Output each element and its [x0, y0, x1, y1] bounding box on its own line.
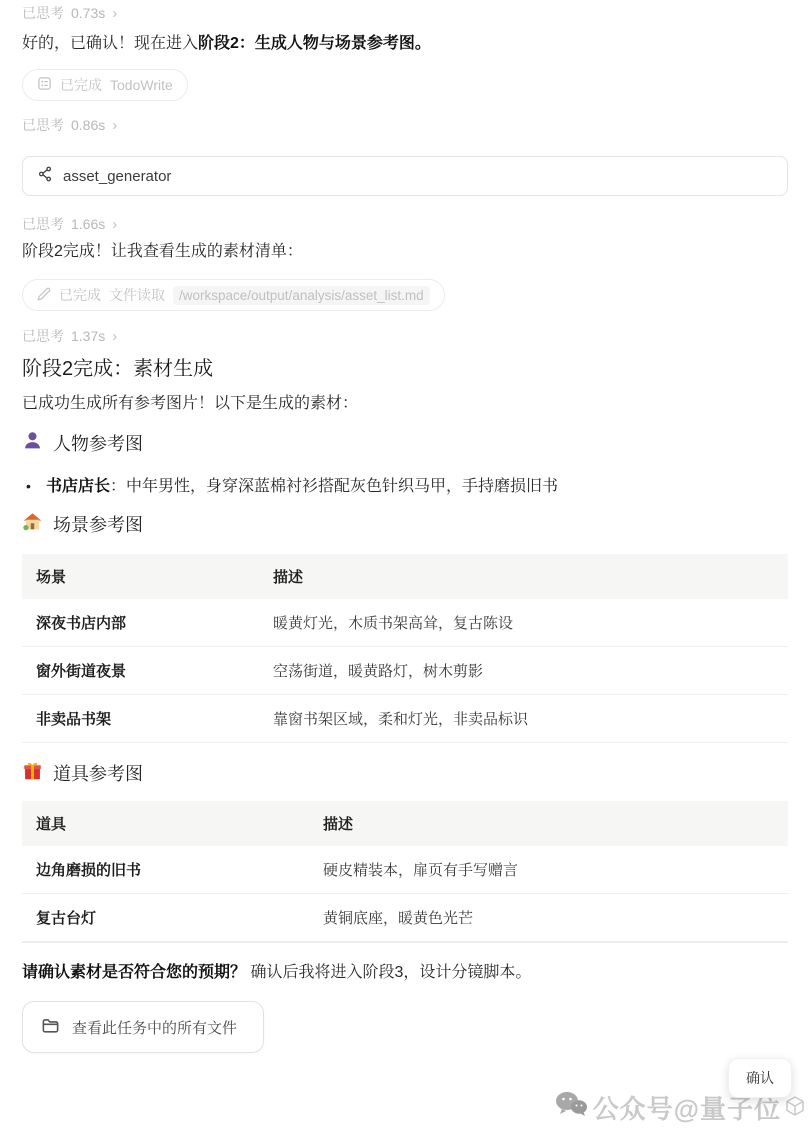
intro-regular-text: 好的，已确认！现在进入	[22, 35, 198, 52]
prop-description: 硬皮精装本，扉页有手写赠言	[309, 846, 788, 894]
intro-paragraph: 好的，已确认！现在进入阶段2：生成人物与场景参考图。	[22, 33, 788, 54]
section-divider	[22, 942, 788, 943]
character-description: ：中年男性，身穿深蓝棉衬衫搭配灰色针织马甲，手持磨损旧书	[110, 478, 558, 495]
character-name: 书店店长	[46, 478, 110, 495]
thought-duration: 1.37s	[71, 328, 105, 344]
table-row: 非卖品书架 靠窗书架区域，柔和灯光，非卖品标识	[22, 695, 788, 743]
confirm-button[interactable]: 确认	[728, 1058, 792, 1098]
table-row: 边角磨损的旧书 硬皮精装本，扉页有手写赠言	[22, 846, 788, 894]
chevron-right-icon[interactable]: ›	[112, 6, 117, 21]
section-heading-props: 道具参考图	[22, 760, 788, 786]
cube-icon	[786, 1092, 804, 1123]
section-title: 人物参考图	[53, 430, 143, 456]
phase2-heading: 阶段2完成：素材生成	[22, 352, 788, 381]
asset-generator-tool-card[interactable]: asset_generator	[22, 156, 788, 196]
column-header: 描述	[259, 554, 788, 599]
tool-status: 已完成	[59, 285, 101, 305]
view-all-files-button[interactable]: 查看此任务中的所有文件	[22, 1001, 264, 1053]
thought-duration: 0.73s	[71, 5, 105, 21]
table-header-row: 道具 描述	[22, 801, 788, 846]
chat-transcript: 已思考 0.73s › 好的，已确认！现在进入阶段2：生成人物与场景参考图。 已…	[0, 0, 810, 1128]
table-header-row: 场景 描述	[22, 554, 788, 599]
chevron-right-icon[interactable]: ›	[112, 329, 117, 344]
section-title: 场景参考图	[53, 511, 143, 537]
intro-bold-text: 阶段2：生成人物与场景参考图。	[198, 35, 431, 52]
confirm-followup: 确认后我将进入阶段3，设计分镜脚本。	[246, 964, 531, 981]
files-button-label: 查看此任务中的所有文件	[72, 1017, 237, 1038]
prop-name: 复古台灯	[22, 894, 309, 942]
confirm-question: 请确认素材是否符合您的预期？	[22, 964, 246, 981]
thought-row-4[interactable]: 已思考 1.37s ›	[22, 326, 788, 346]
scene-table: 场景 描述 深夜书店内部 暖黄灯光，木质书架高耸，复古陈设 窗外街道夜景 空荡街…	[22, 554, 788, 743]
todowrite-tool-pill[interactable]: 已完成 TodoWrite	[22, 69, 188, 101]
assets-intro-text: 已成功生成所有参考图片！以下是生成的素材：	[22, 393, 788, 414]
bullet-marker: •	[26, 476, 46, 497]
wechat-icon	[554, 1090, 588, 1125]
tool-status: 已完成	[60, 75, 102, 95]
file-path: /workspace/output/analysis/asset_list.md	[173, 286, 430, 305]
thought-label: 已思考	[22, 3, 64, 23]
scene-description: 暖黄灯光，木质书架高耸，复古陈设	[259, 599, 788, 647]
confirm-request-text: 请确认素材是否符合您的预期？ 确认后我将进入阶段3，设计分镜脚本。	[22, 962, 788, 983]
scene-name: 窗外街道夜景	[22, 647, 259, 695]
prop-name: 边角磨损的旧书	[22, 846, 309, 894]
bust-silhouette-icon	[22, 430, 43, 456]
section-heading-scene: 场景参考图	[22, 511, 788, 537]
thought-label: 已思考	[22, 214, 64, 234]
chevron-right-icon[interactable]: ›	[112, 217, 117, 232]
scene-description: 空荡街道，暖黄路灯，树木剪影	[259, 647, 788, 695]
thought-row-3[interactable]: 已思考 1.66s ›	[22, 214, 788, 234]
phase2-progress-text: 阶段2完成！让我查看生成的素材清单：	[22, 241, 788, 262]
thought-label: 已思考	[22, 115, 64, 135]
tool-name: TodoWrite	[110, 77, 173, 93]
house-icon	[22, 511, 43, 537]
column-header: 场景	[22, 554, 259, 599]
scene-name: 非卖品书架	[22, 695, 259, 743]
prop-description: 黄铜底座，暖黄色光芒	[309, 894, 788, 942]
props-table: 道具 描述 边角磨损的旧书 硬皮精装本，扉页有手写赠言 复古台灯 黄铜底座，暖黄…	[22, 801, 788, 942]
thought-row-1[interactable]: 已思考 0.73s ›	[22, 3, 788, 23]
folder-icon	[41, 1016, 60, 1039]
chevron-right-icon[interactable]: ›	[112, 118, 117, 133]
todo-list-icon	[37, 76, 52, 94]
file-read-tool-pill[interactable]: 已完成 文件读取 /workspace/output/analysis/asse…	[22, 279, 445, 311]
column-header: 道具	[22, 801, 309, 846]
table-row: 窗外街道夜景 空荡街道，暖黄路灯，树木剪影	[22, 647, 788, 695]
section-title: 道具参考图	[53, 760, 143, 786]
thought-duration: 0.86s	[71, 117, 105, 133]
gift-icon	[22, 760, 43, 786]
column-header: 描述	[309, 801, 788, 846]
nodes-icon	[37, 166, 53, 186]
section-heading-character: 人物参考图	[22, 430, 788, 456]
thought-label: 已思考	[22, 326, 64, 346]
tool-name: asset_generator	[63, 168, 171, 185]
pen-icon	[37, 287, 51, 304]
tool-name: 文件读取	[109, 285, 165, 305]
scene-description: 靠窗书架区域，柔和灯光，非卖品标识	[259, 695, 788, 743]
table-row: 复古台灯 黄铜底座，暖黄色光芒	[22, 894, 788, 942]
scene-name: 深夜书店内部	[22, 599, 259, 647]
thought-duration: 1.66s	[71, 216, 105, 232]
thought-row-2[interactable]: 已思考 0.86s ›	[22, 115, 788, 135]
character-bullet-item: • 书店店长：中年男性，身穿深蓝棉衬衫搭配灰色针织马甲，手持磨损旧书	[22, 476, 788, 497]
table-row: 深夜书店内部 暖黄灯光，木质书架高耸，复古陈设	[22, 599, 788, 647]
